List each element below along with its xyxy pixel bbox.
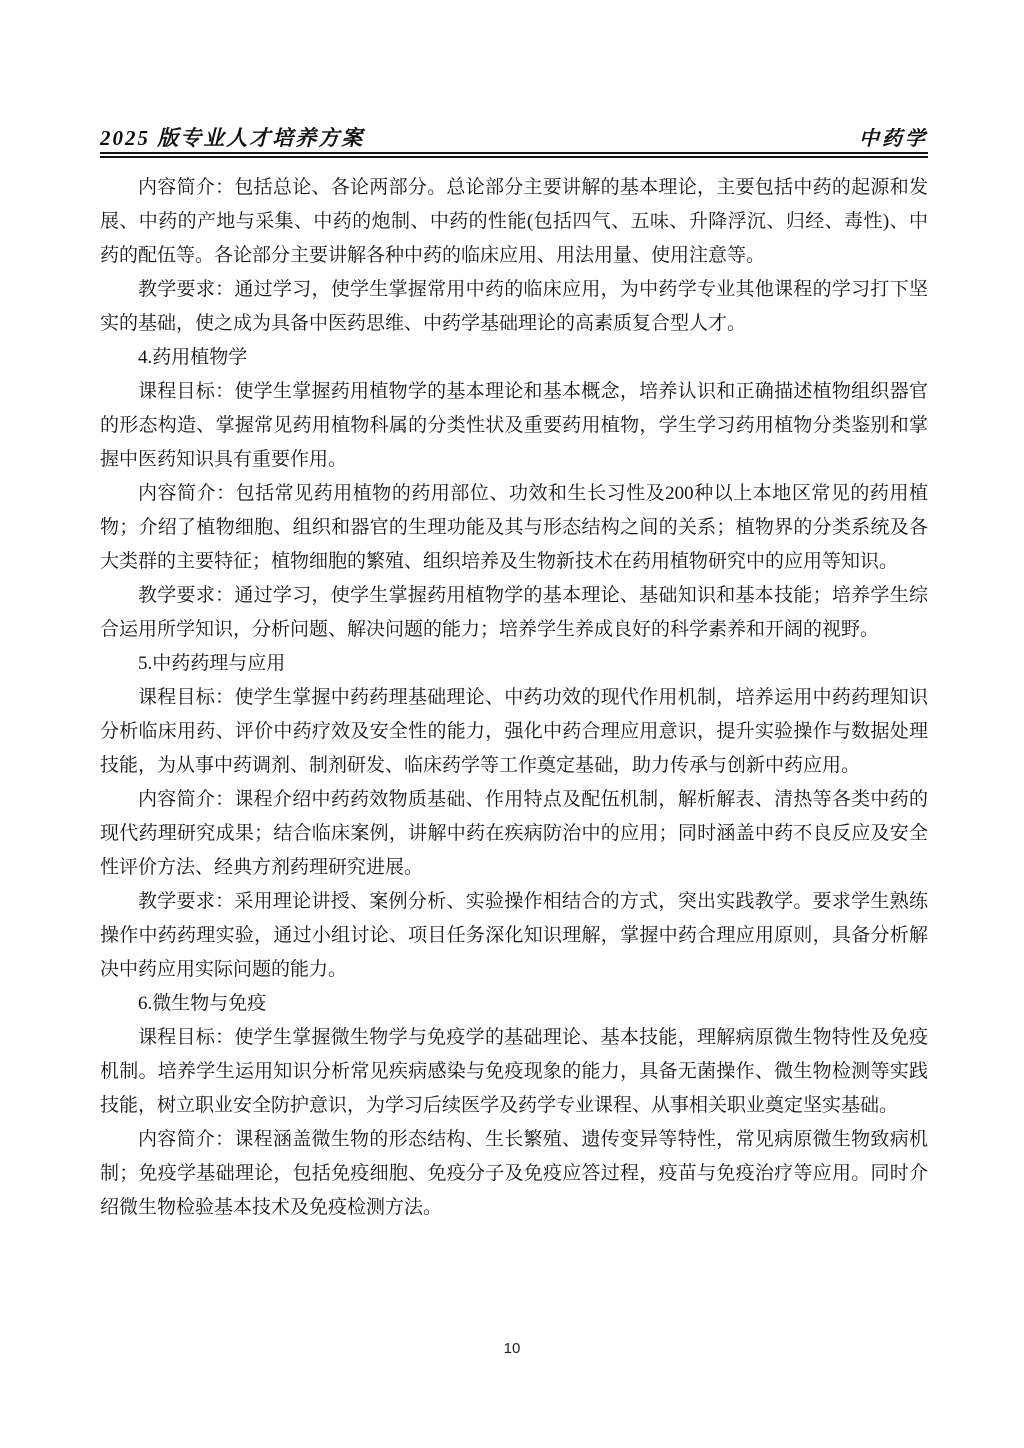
paragraph: 课程目标：使学生掌握中药药理基础理论、中药功效的现代作用机制，培养运用中药药理知… [100, 681, 928, 783]
paragraph: 课程目标：使学生掌握药用植物学的基本理论和基本概念，培养认识和正确描述植物组织器… [100, 375, 928, 477]
paragraph: 教学要求：采用理论讲授、案例分析、实验操作相结合的方式，突出实践教学。要求学生熟… [100, 885, 928, 987]
page-footer: 10 [0, 1340, 1024, 1357]
paragraph: 内容简介：包括总论、各论两部分。总论部分主要讲解的基本理论，主要包括中药的起源和… [100, 171, 928, 273]
paragraph: 教学要求：通过学习，使学生掌握药用植物学的基本理论、基础知识和基本技能；培养学生… [100, 579, 928, 647]
paragraph: 内容简介：课程介绍中药药效物质基础、作用特点及配伍机制，解析解表、清热等各类中药… [100, 783, 928, 885]
paragraph: 课程目标：使学生掌握微生物学与免疫学的基础理论、基本技能，理解病原微生物特性及免… [100, 1021, 928, 1123]
header-left-title: 2025 版专业人才培养方案 [100, 122, 364, 152]
course-heading: 6.微生物与免疫 [100, 987, 928, 1021]
document-body: 内容简介：包括总论、各论两部分。总论部分主要讲解的基本理论，主要包括中药的起源和… [100, 171, 928, 1225]
page-number: 10 [504, 1340, 521, 1357]
course-heading: 5.中药药理与应用 [100, 647, 928, 681]
header-right-title: 中药学 [859, 122, 928, 151]
header-double-rule [100, 152, 928, 158]
course-heading: 4.药用植物学 [100, 341, 928, 375]
paragraph: 教学要求：通过学习，使学生掌握常用中药的临床应用，为中药学专业其他课程的学习打下… [100, 273, 928, 341]
paragraph: 内容简介：包括常见药用植物的药用部位、功效和生长习性及200种以上本地区常见的药… [100, 477, 928, 579]
paragraph: 内容简介：课程涵盖微生物的形态结构、生长繁殖、遗传变异等特性，常见病原微生物致病… [100, 1123, 928, 1225]
page-header: 2025 版专业人才培养方案 中药学 [100, 122, 928, 152]
document-page: 2025 版专业人才培养方案 中药学 内容简介：包括总论、各论两部分。总论部分主… [0, 0, 1024, 1448]
